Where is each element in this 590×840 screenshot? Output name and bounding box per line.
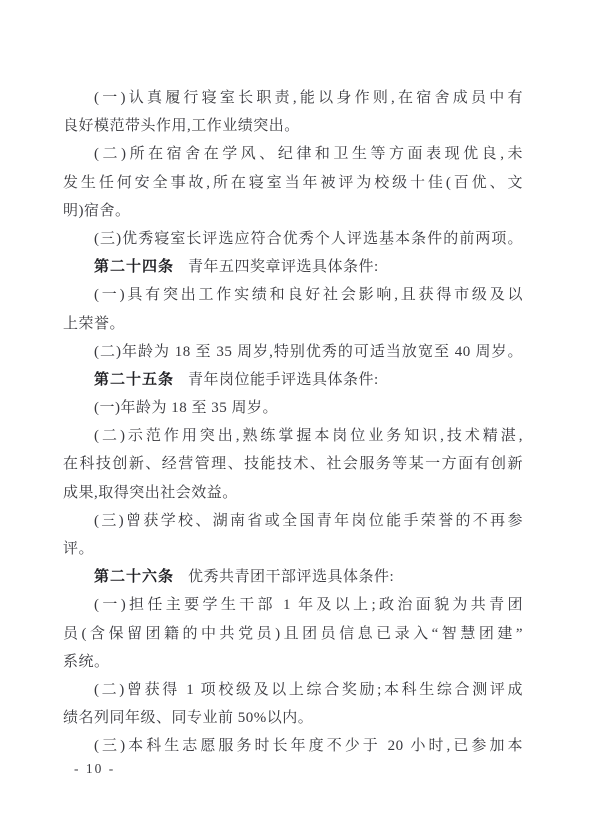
article-number: 第二十六条 bbox=[94, 568, 174, 585]
text-line: (二)示范作用突出,熟练掌握本岗位业务知识,技术精湛, bbox=[63, 422, 523, 450]
text-line: 良好模范带头作用,工作业绩突出。 bbox=[63, 112, 523, 140]
article-title: 青年岗位能手评选具体条件: bbox=[188, 372, 379, 388]
text-line: 评。 bbox=[63, 535, 523, 563]
document-page: (一)认真履行寝室长职责,能以身作则,在宿舍成员中有 良好模范带头作用,工作业绩… bbox=[0, 0, 590, 840]
article-heading: 第二十五条青年岗位能手评选具体条件: bbox=[63, 366, 523, 394]
text-line: (一)担任主要学生干部 1 年及以上;政治面貌为共青团 bbox=[63, 591, 523, 619]
text-line: (一)具有突出工作实绩和良好社会影响,且获得市级及以 bbox=[63, 281, 523, 309]
document-body: (一)认真履行寝室长职责,能以身作则,在宿舍成员中有 良好模范带头作用,工作业绩… bbox=[63, 84, 523, 761]
text-line: (二)年龄为 18 至 35 周岁,特别优秀的可适当放宽至 40 周岁。 bbox=[63, 338, 523, 366]
text-line: (二)所在宿舍在学风、纪律和卫生等方面表现优良,未 bbox=[63, 140, 523, 168]
text-line: 系统。 bbox=[63, 648, 523, 676]
text-line: (一)认真履行寝室长职责,能以身作则,在宿舍成员中有 bbox=[63, 84, 523, 112]
article-heading: 第二十四条青年五四奖章评选具体条件: bbox=[63, 253, 523, 281]
article-number: 第二十四条 bbox=[94, 258, 174, 275]
text-line: (三)本科生志愿服务时长年度不少于 20 小时,已参加本 bbox=[63, 732, 523, 760]
text-line: (二)曾获得 1 项校级及以上综合奖励;本科生综合测评成 bbox=[63, 676, 523, 704]
text-line: (三)曾获学校、湖南省或全国青年岗位能手荣誉的不再参 bbox=[63, 507, 523, 535]
article-title: 优秀共青团干部评选具体条件: bbox=[188, 569, 394, 585]
article-title: 青年五四奖章评选具体条件: bbox=[188, 259, 379, 275]
text-line: 成果,取得突出社会效益。 bbox=[63, 479, 523, 507]
text-line: 上荣誉。 bbox=[63, 310, 523, 338]
text-line: 明)宿舍。 bbox=[63, 197, 523, 225]
article-number: 第二十五条 bbox=[94, 371, 174, 388]
article-heading: 第二十六条优秀共青团干部评选具体条件: bbox=[63, 563, 523, 591]
text-line: 在科技创新、经营管理、技能技术、社会服务等某一方面有创新 bbox=[63, 450, 523, 478]
text-line: 发生任何安全事故,所在寝室当年被评为校级十佳(百优、文 bbox=[63, 169, 523, 197]
page-number: - 10 - bbox=[74, 761, 115, 777]
text-line: (三)优秀寝室长评选应符合优秀个人评选基本条件的前两项。 bbox=[63, 225, 523, 253]
text-line: 员(含保留团籍的中共党员)且团员信息已录入“智慧团建” bbox=[63, 620, 523, 648]
text-line: (一)年龄为 18 至 35 周岁。 bbox=[63, 394, 523, 422]
text-line: 绩名列同年级、同专业前 50%以内。 bbox=[63, 704, 523, 732]
